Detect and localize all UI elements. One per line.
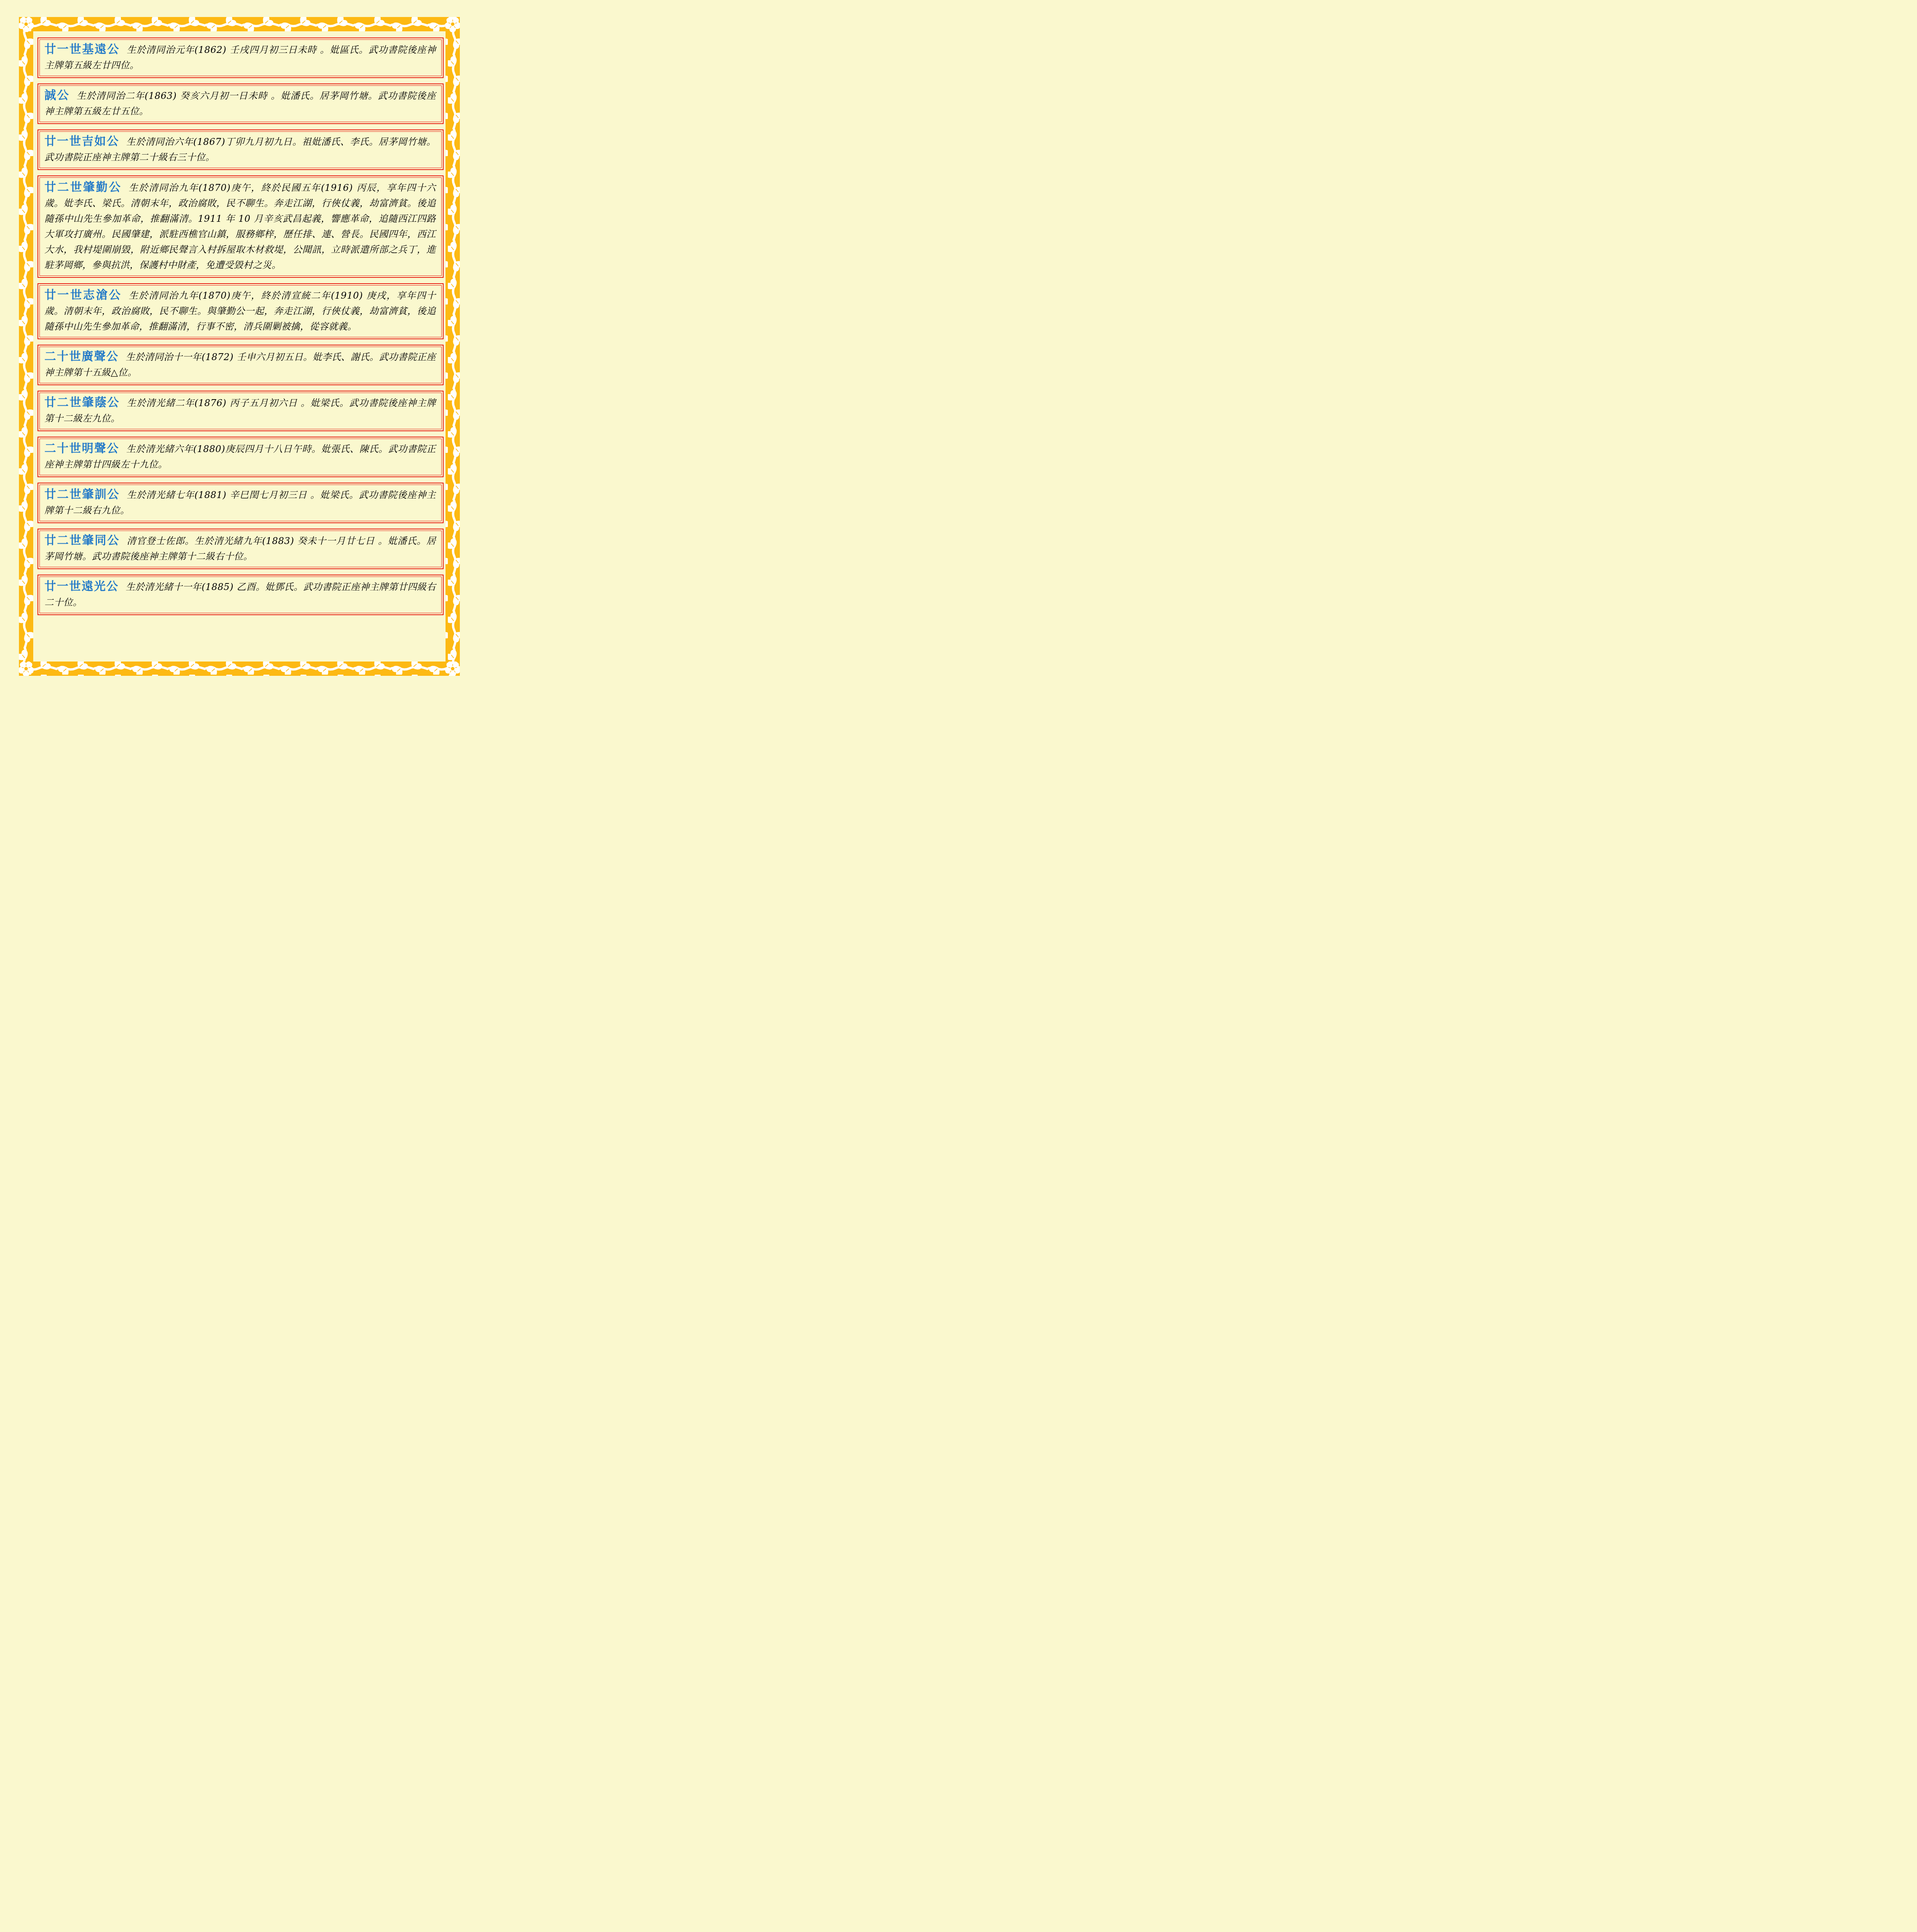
border-strip-right	[446, 31, 460, 662]
entry-body: 生於清同治二年(1863) 癸亥六月初一日未時 。妣潘氏。居茅岡竹塘。武功書院後…	[44, 90, 436, 117]
entry-text-block: 二十世廣聲公生於清同治十一年(1872) 壬申六月初五日。妣李氏、謝氏。武功書院…	[39, 347, 442, 383]
entry-card: 廿二世肇同公清官登士佐郎。生於清光緒九年(1883) 癸未十一月廿七日 。妣潘氏…	[37, 529, 444, 569]
entry-text-block: 廿一世基遠公生於清同治元年(1862) 壬戌四月初三日未時 。妣區氏。武功書院後…	[39, 39, 442, 76]
entry-card: 廿一世基遠公生於清同治元年(1862) 壬戌四月初三日未時 。妣區氏。武功書院後…	[37, 37, 444, 78]
entry-card: 廿一世遠光公生於清光緒十一年(1885) 乙酉。妣鄧氏。武功書院正座神主牌第廿四…	[37, 575, 444, 615]
corner-flower-icon	[19, 662, 34, 676]
entry-heading: 二十世廣聲公	[44, 350, 119, 363]
border-strip-top	[19, 17, 460, 31]
entry-card: 誠公生於清同治二年(1863) 癸亥六月初一日未時 。妣潘氏。居茅岡竹塘。武功書…	[37, 83, 444, 124]
entry-heading: 廿一世基遠公	[44, 43, 120, 56]
entry-card: 廿二世肇蔭公生於清光緒二年(1876) 丙子五月初六日 。妣梁氏。武功書院後座神…	[37, 391, 444, 431]
entry-text-block: 廿一世志滄公生於清同治九年(1870)庚午，終於清宣統二年(1910) 庚戌，享…	[39, 285, 442, 337]
entry-text-block: 廿二世肇蔭公生於清光緒二年(1876) 丙子五月初六日 。妣梁氏。武功書院後座神…	[39, 393, 442, 429]
document-page: 廿一世基遠公生於清同治元年(1862) 壬戌四月初三日未時 。妣區氏。武功書院後…	[0, 0, 479, 678]
entry-text-block: 廿二世肇同公清官登士佐郎。生於清光緒九年(1883) 癸未十一月廿七日 。妣潘氏…	[39, 531, 442, 567]
entry-heading: 廿一世遠光公	[44, 580, 119, 593]
border-strip-left	[19, 31, 33, 662]
entry-text-block: 廿二世肇勤公生於清同治九年(1870)庚午，終於民國五年(1916) 丙辰，享年…	[39, 177, 442, 276]
entry-card: 二十世廣聲公生於清同治十一年(1872) 壬申六月初五日。妣李氏、謝氏。武功書院…	[37, 345, 444, 385]
corner-flower-icon	[444, 17, 460, 33]
corner-flower-icon	[19, 17, 34, 33]
entry-heading: 廿一世志滄公	[44, 288, 122, 302]
entry-card: 廿二世肇勤公生於清同治九年(1870)庚午，終於民國五年(1916) 丙辰，享年…	[37, 175, 444, 278]
entry-card: 廿二世肇訓公生於清光緒七年(1881) 辛巳閏七月初三日 。妣梁氏。武功書院後座…	[37, 483, 444, 523]
entry-card: 二十世明聲公生於清光緒六年(1880)庚辰四月十八日午時。妣張氏、陳氏。武功書院…	[37, 437, 444, 477]
entries-list: 廿一世基遠公生於清同治元年(1862) 壬戌四月初三日未時 。妣區氏。武功書院後…	[37, 37, 444, 621]
entry-card: 廿一世志滄公生於清同治九年(1870)庚午，終於清宣統二年(1910) 庚戌，享…	[37, 283, 444, 339]
entry-heading: 廿二世肇勤公	[44, 180, 122, 194]
entry-text-block: 廿二世肇訓公生於清光緒七年(1881) 辛巳閏七月初三日 。妣梁氏。武功書院後座…	[39, 485, 442, 521]
entry-heading: 二十世明聲公	[44, 442, 119, 455]
entry-text-block: 廿一世遠光公生於清光緒十一年(1885) 乙酉。妣鄧氏。武功書院正座神主牌第廿四…	[39, 577, 442, 613]
entry-heading: 廿一世吉如公	[44, 134, 119, 148]
entry-text-block: 誠公生於清同治二年(1863) 癸亥六月初一日未時 。妣潘氏。居茅岡竹塘。武功書…	[39, 85, 442, 122]
entry-body: 生於清同治九年(1870)庚午，終於民國五年(1916) 丙辰，享年四十六歲。妣…	[44, 182, 436, 270]
entry-card: 廿一世吉如公生於清同治六年(1867)丁卯九月初九日。祖妣潘氏、李氏。居茅岡竹塘…	[37, 129, 444, 170]
entry-text-block: 二十世明聲公生於清光緒六年(1880)庚辰四月十八日午時。妣張氏、陳氏。武功書院…	[39, 439, 442, 475]
entry-heading: 誠公	[44, 88, 70, 102]
entry-heading: 廿二世肇訓公	[44, 488, 120, 501]
entry-text-block: 廿一世吉如公生於清同治六年(1867)丁卯九月初九日。祖妣潘氏、李氏。居茅岡竹塘…	[39, 131, 442, 168]
entry-heading: 廿二世肇同公	[44, 534, 120, 547]
entry-heading: 廿二世肇蔭公	[44, 396, 120, 409]
border-strip-bottom	[19, 662, 460, 676]
corner-flower-icon	[444, 662, 460, 676]
